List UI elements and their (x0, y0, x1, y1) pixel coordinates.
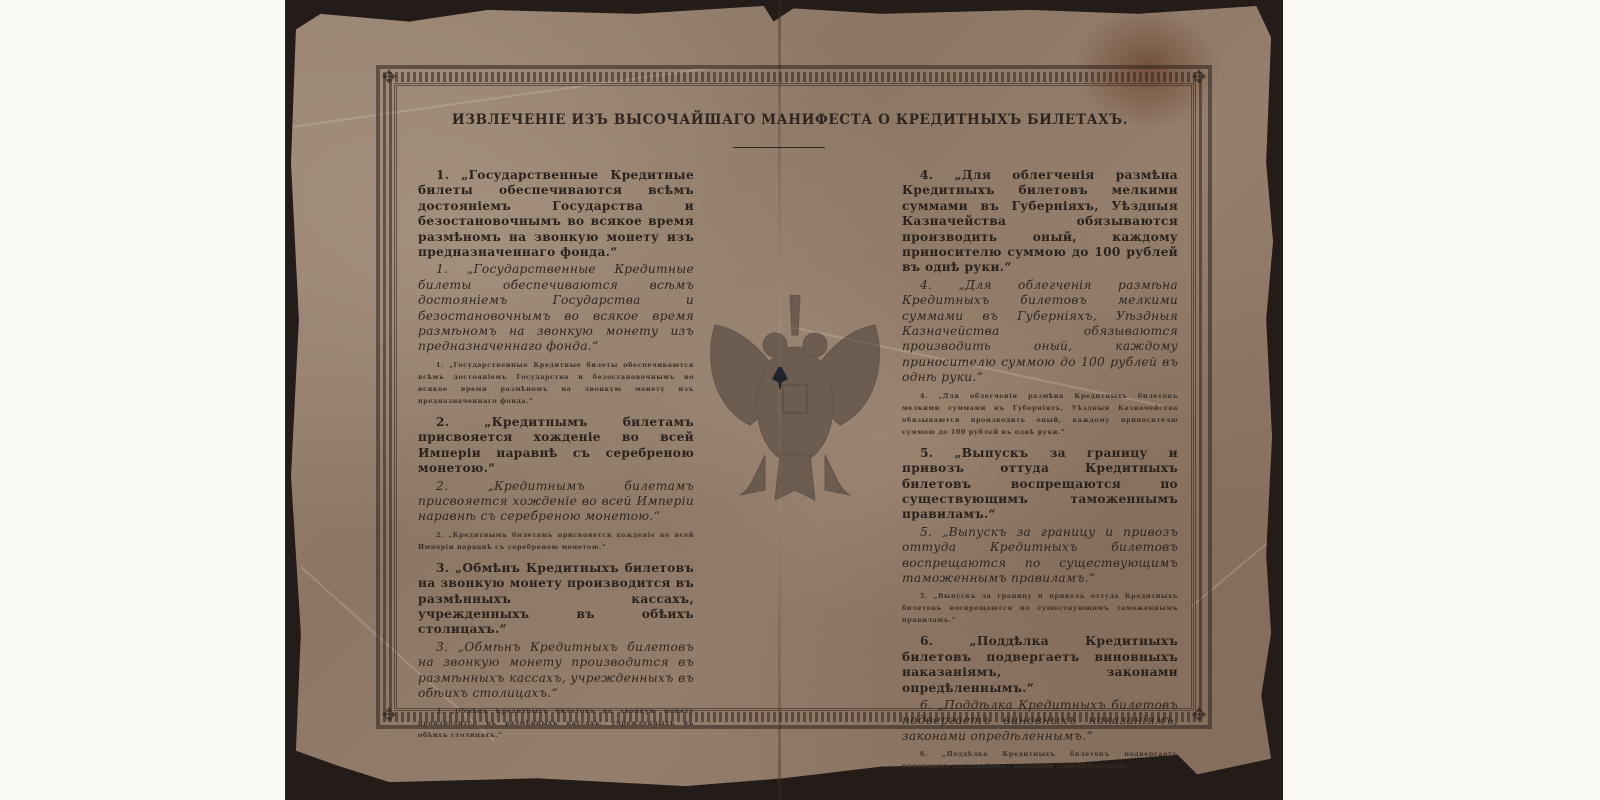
clause-3-italic: 3. „Обмѣнъ Кредитныхъ билетовъ на звонку… (418, 640, 694, 702)
corner-ornament-icon: ✥ (378, 705, 400, 727)
clause-5-italic: 5. „Выпускъ за границу и привозъ оттуда … (902, 525, 1178, 587)
clause-4-italic: 4. „Для облегченія размѣна Кредитныхъ би… (902, 278, 1178, 386)
corner-ornament-icon: ✥ (1188, 67, 1210, 89)
clause-6-roman: 6. „Поддѣлка Кредитныхъ билетовъ подверг… (902, 634, 1178, 696)
clause-6-fine-print: 6. „Поддѣлка Кредитныхъ билетовъ подверг… (902, 748, 1178, 772)
corner-ornament-icon: ✥ (1188, 705, 1210, 727)
title-underline (733, 147, 825, 148)
clause-4-roman: 4. „Для облегченія размѣна Кредитныхъ би… (902, 168, 1178, 276)
clause-1-italic: 1. „Государственные Кредитные билеты обе… (418, 262, 694, 354)
corner-ornament-icon: ✥ (378, 67, 400, 89)
clause-2-italic: 2. „Кредитнымъ билетамъ присвояется хожд… (418, 479, 694, 525)
clause-1-fine-print: 1. „Государственные Кредитные билеты обе… (418, 359, 694, 407)
clause-5-roman: 5. „Выпускъ за границу и привозъ оттуда … (902, 446, 1178, 523)
clause-3-roman: 3. „Обмѣнъ Кредитныхъ билетовъ на звонку… (418, 561, 694, 638)
right-text-column: 4. „Для облегченія размѣна Кредитныхъ би… (902, 168, 1178, 780)
clause-3-fine-print: 3. „Обмѣнъ Кредитныхъ билетовъ на звонку… (418, 705, 694, 741)
clause-1-roman: 1. „Государственные Кредитные билеты обе… (418, 168, 694, 260)
clause-2-fine-print: 2. „Кредитнымъ билетамъ присвояется хожд… (418, 529, 694, 553)
clause-6-italic: 6. „Поддѣлка Кредитныхъ билетовъ подверг… (902, 698, 1178, 744)
clause-2-roman: 2. „Кредитнымъ билетамъ присвояется хожд… (418, 415, 694, 477)
clause-5-fine-print: 5. „Выпускъ за границу и привозъ оттуда … (902, 590, 1178, 626)
document-title: ИЗВЛЕЧЕНІЕ ИЗЪ ВЫСОЧАЙШАГО МАНИФЕСТА О К… (440, 112, 1140, 128)
left-text-column: 1. „Государственные Кредитные билеты обе… (418, 168, 694, 749)
clause-4-fine-print: 4. „Для облегченія размѣна Кредитныхъ би… (902, 390, 1178, 438)
double-headed-eagle-icon (695, 295, 895, 505)
